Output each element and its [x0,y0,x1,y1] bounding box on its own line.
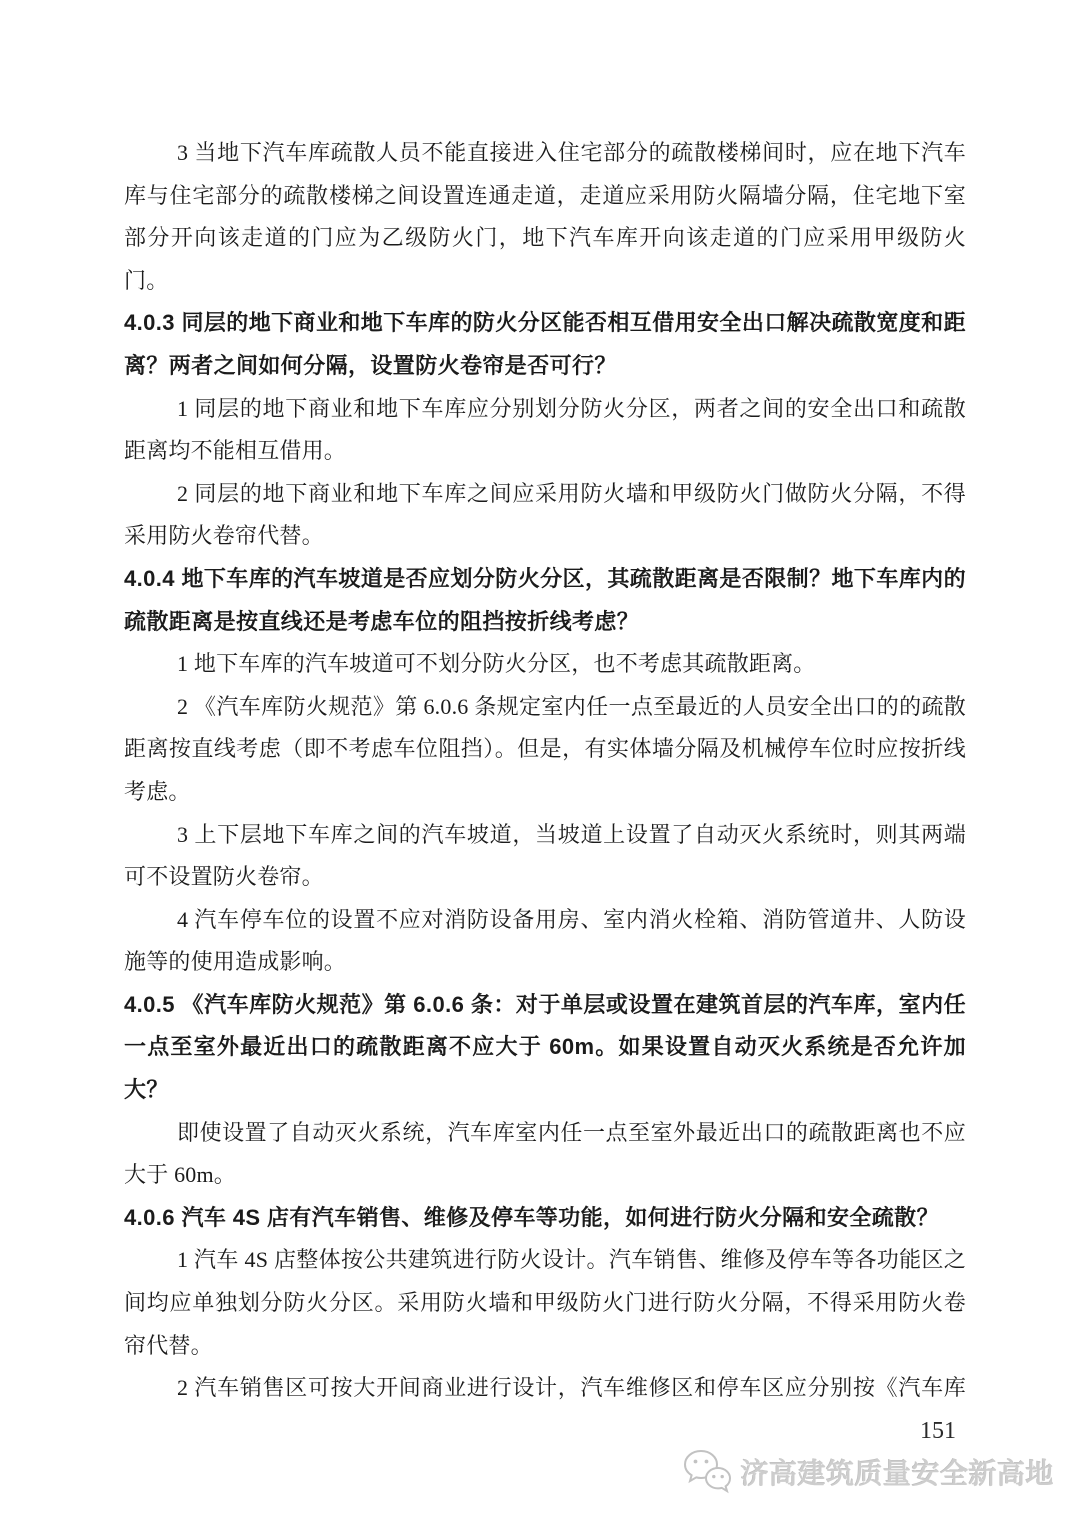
watermark: 济高建筑质量安全新高地 [682,1448,1054,1496]
answer-paragraph-404-1: 1 地下车库的汽车坡道可不划分防火分区，也不考虑其疏散距离。 [124,643,966,686]
question-heading-4-0-5: 4.0.5 《汽车库防火规范》第 6.0.6 条：对于单层或设置在建筑首层的汽车… [124,984,966,1112]
answer-paragraph-405-1: 即使设置了自动灭火系统，汽车库室内任一点至室外最近出口的疏散距离也不应大于 60… [124,1112,966,1197]
page-number: 151 [908,1418,968,1445]
answer-paragraph-406-2: 2 汽车销售区可按大开间商业进行设计，汽车维修区和停车区应分别按《汽车库 [124,1367,966,1410]
question-heading-4-0-4: 4.0.4 地下车库的汽车坡道是否应划分防火分区，其疏散距离是否限制？地下车库内… [124,558,966,643]
answer-paragraph-3: 3 当地下汽车库疏散人员不能直接进入住宅部分的疏散楼梯间时，应在地下汽车库与住宅… [124,132,966,302]
answer-paragraph-403-1: 1 同层的地下商业和地下车库应分别划分防火分区，两者之间的安全出口和疏散距离均不… [124,388,966,473]
answer-paragraph-404-3: 3 上下层地下车库之间的汽车坡道，当坡道上设置了自动灭火系统时，则其两端可不设置… [124,814,966,899]
answer-paragraph-403-2: 2 同层的地下商业和地下车库之间应采用防火墙和甲级防火门做防火分隔，不得采用防火… [124,473,966,558]
answer-paragraph-404-2: 2 《汽车库防火规范》第 6.0.6 条规定室内任一点至最近的人员安全出口的的疏… [124,686,966,814]
question-heading-4-0-3: 4.0.3 同层的地下商业和地下车库的防火分区能否相互借用安全出口解决疏散宽度和… [124,302,966,387]
answer-paragraph-404-4: 4 汽车停车位的设置不应对消防设备用房、室内消火栓箱、消防管道井、人防设施等的使… [124,899,966,984]
wechat-icon [682,1448,732,1496]
watermark-text: 济高建筑质量安全新高地 [740,1452,1054,1492]
document-page: 3 当地下汽车库疏散人员不能直接进入住宅部分的疏散楼梯间时，应在地下汽车库与住宅… [0,0,1080,1527]
question-heading-4-0-6: 4.0.6 汽车 4S 店有汽车销售、维修及停车等功能，如何进行防火分隔和安全疏… [124,1197,966,1240]
answer-paragraph-406-1: 1 汽车 4S 店整体按公共建筑进行防火设计。汽车销售、维修及停车等各功能区之间… [124,1239,966,1367]
document-body: 3 当地下汽车库疏散人员不能直接进入住宅部分的疏散楼梯间时，应在地下汽车库与住宅… [124,132,966,1410]
